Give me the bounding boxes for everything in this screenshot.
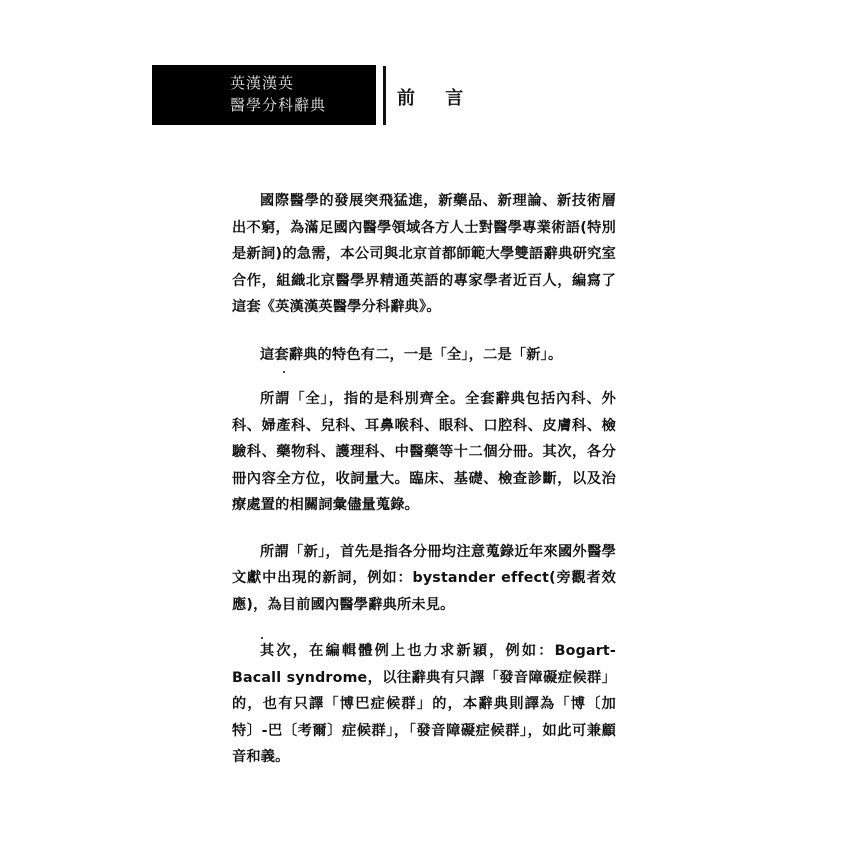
header-divider <box>383 66 386 125</box>
book-title-line-2: 醫學分科辭典 <box>230 96 326 114</box>
scan-speck <box>283 371 285 373</box>
paragraph: 所謂「全」，指的是科別齊全。全套辭典包括內科、外科、婦產科、兒科、耳鼻喉科、眼科… <box>232 386 616 519</box>
paragraph: 其次，在編輯體例上也力求新穎，例如：Bogart-Bacall syndrome… <box>232 638 616 771</box>
paragraph: 這套辭典的特色有二，一是「全」，二是「新」。 <box>232 342 616 369</box>
section-title: 前 言 <box>397 84 475 110</box>
book-title-line-1: 英漢漢英 <box>230 74 294 92</box>
paragraph: 國際醫學的發展突飛猛進，新藥品、新理論、新技術層出不窮，為滿足國內醫學領域各方人… <box>232 188 616 321</box>
book-title-banner: 英漢漢英 醫學分科辭典 <box>152 65 376 125</box>
paragraph: 所謂「新」，首先是指各分冊均注意蒐錄近年來國外醫學文獻中出現的新詞，例如：bys… <box>232 539 616 619</box>
preface-body: 國際醫學的發展突飛猛進，新藥品、新理論、新技術層出不窮，為滿足國內醫學領域各方人… <box>232 188 616 791</box>
scan-speck <box>261 637 263 639</box>
